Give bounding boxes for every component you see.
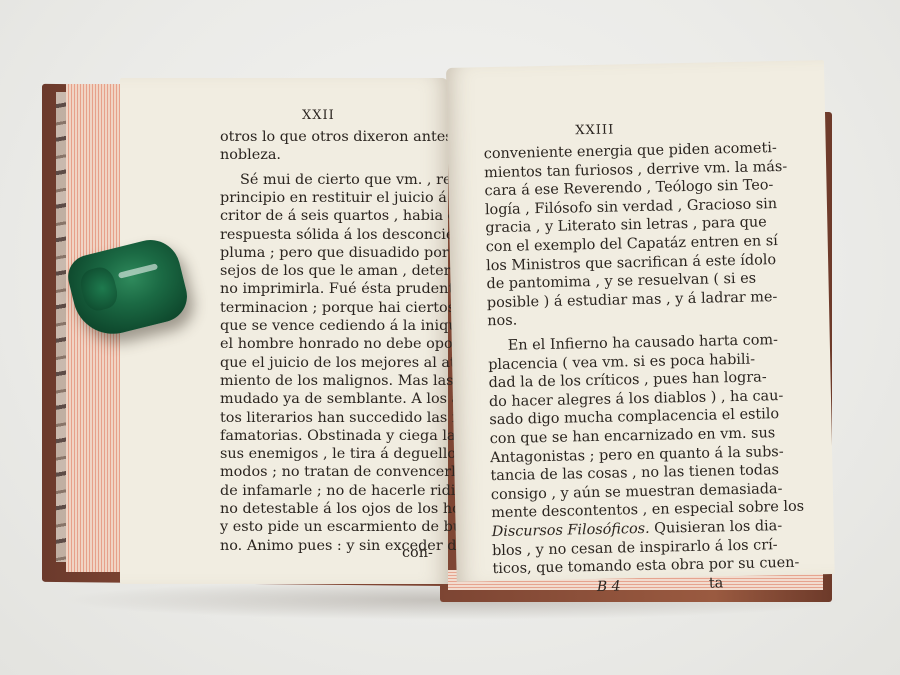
text-line: mientos tan furiosos , derrive vm. la má…: [484, 161, 716, 180]
signature-mark: B 4: [597, 578, 621, 594]
text-line: de pantomima , y se resuelvan ( si es: [486, 273, 718, 292]
catchword: ta: [709, 576, 724, 591]
text-line: placencia ( vea vm. si es poca habili-: [488, 353, 720, 372]
text-line: mente descontentos , en especial sobre l…: [491, 502, 723, 521]
text-line: gracia , y Literato sin letras , para qu…: [485, 217, 717, 236]
text-line: y esto pide un escarmiento de buena ma-: [220, 520, 445, 534]
left-page: XXII otros lo que otros dixeron antes co…: [120, 78, 448, 584]
text-line: nobleza.: [220, 148, 445, 162]
text-line: los Ministros que sacrifican á este ídol…: [486, 254, 718, 273]
text-line: nos.: [487, 310, 719, 329]
text-line: respuesta sólida á los desconciertos de …: [220, 228, 445, 242]
text-line: consigo , y aún se muestran demasiada-: [491, 483, 723, 502]
text-line: Sé mui de cierto que vm. , resuelto al: [240, 173, 445, 187]
text-line: Antagonistas ; pero en quanto á la subs-: [490, 446, 722, 465]
text-line: principio en restituir el juicio á ese E…: [220, 191, 445, 205]
text-line: posible ) á estudiar mas , y á ladrar me…: [487, 291, 719, 310]
text-line: de infamarle ; no de hacerle ridiculo , …: [220, 484, 445, 498]
text-line: critor de á seis quartos , habia escrito…: [220, 209, 445, 223]
text-line: cara á ese Reverendo , Teólogo sin Teo-: [484, 180, 716, 199]
page-number: XXII: [302, 108, 335, 123]
page-number: XXIII: [575, 122, 614, 138]
text-line: ticos, que tomando esta obra por su cuen…: [492, 557, 724, 576]
text-line: modos ; no tratan de convencerle , sino: [220, 465, 445, 479]
text-line: terminacion ; porque hai ciertos lances …: [220, 301, 445, 315]
text-line: blos , y no cesan de inspirarlo á los cr…: [492, 539, 724, 558]
text-line: otros lo que otros dixeron antes con mas: [220, 130, 445, 144]
text-line: pluma ; pero que disuadido por los con-: [220, 246, 445, 260]
text-line: no imprimirla. Fué ésta prudentisima de-: [220, 282, 445, 296]
text-line: conveniente energia que piden acometi-: [484, 142, 716, 161]
text-line: do hacer alegres á los diablos ) , ha ca…: [489, 390, 721, 409]
text-line: con que se han encarnizado en vm. sus: [490, 427, 722, 446]
text-line: que se vence cediendo á la iniquidad ; y: [220, 319, 445, 333]
text-line: el hombre honrado no debe oponer mas: [220, 337, 445, 351]
text-line: con el exemplo del Capatáz entren en sí: [486, 235, 718, 254]
right-page: XXIII conveniente energia que piden acom…: [446, 60, 835, 582]
text-line: miento de los malignos. Mas las cosas ha…: [220, 374, 445, 388]
text-line: dad la de los críticos , pues han logra-: [488, 372, 720, 391]
text-line: tos literarios han succedido las injuria…: [220, 411, 445, 425]
text-line: que el juicio de los mejores al atolondr…: [220, 356, 445, 370]
text-line: sejos de los que le aman , determinaba: [220, 264, 445, 278]
text-line: logía , Filósofo sin verdad , Gracioso s…: [485, 198, 717, 217]
catchword: con-: [402, 546, 433, 560]
text-line: famatorias. Obstinada y ciega la turba d…: [220, 429, 445, 443]
text-line: no detestable á los ojos de los hombres;: [220, 502, 445, 516]
italic-title: Discursos Filosóficos.: [492, 521, 650, 540]
text-line: sus enemigos , le tira á deguello de tod…: [220, 447, 445, 461]
text-line: sado digo mucha complacencia el estilo: [489, 409, 721, 428]
text-line: mudado ya de semblante. A los argumen-: [220, 392, 445, 406]
text-line: Discursos Filosóficos. Quisieran los dia…: [492, 520, 724, 539]
text-line: tancia de las cosas , no las tienen toda…: [490, 464, 722, 483]
text-line: En el Infierno ha causado harta com-: [508, 334, 720, 353]
